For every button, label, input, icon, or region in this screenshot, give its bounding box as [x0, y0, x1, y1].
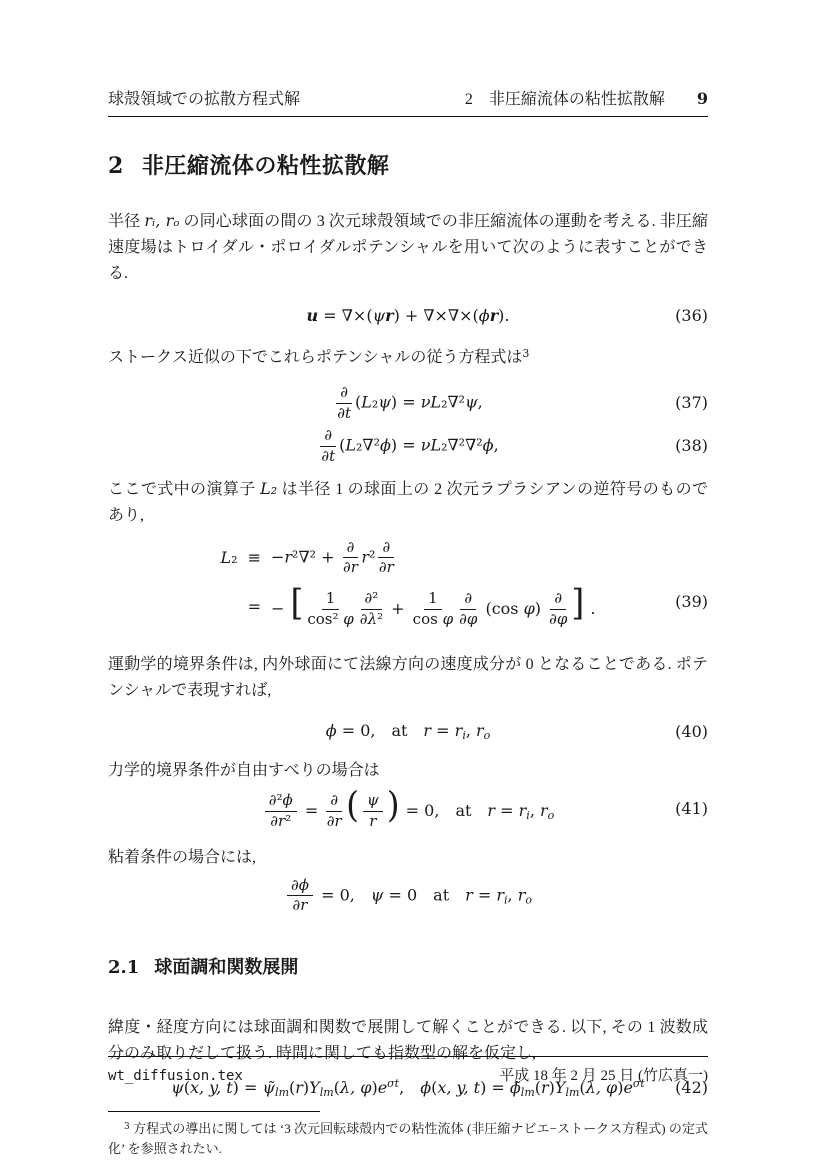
footnote: 3 方程式の導出に関しては ‘3 次元回転球殻内での粘性流体 (非圧縮ナビエ−ス…: [108, 1117, 708, 1159]
paragraph-1-text-cont: の同心球面の間の 3 次元球殻領域での非圧縮流体の運動を考える. 非圧縮速度場は…: [108, 213, 708, 282]
equation-41: ∂²ϕ∂r² = ∂∂r(ψr) = 0,atr = ri, ro (41): [108, 786, 708, 832]
equation-38: ∂∂t(L₂∇²ϕ) = νL₂∇²∇²ϕ, (38): [108, 426, 708, 466]
equation-noslip: ∂ϕ∂r = 0,ψ = 0atr = ri, ro: [108, 875, 708, 917]
subsection-title: 球面調和関数展開: [154, 957, 298, 977]
footnote-separator: [108, 1111, 320, 1112]
equation-39-number: (39): [675, 592, 708, 611]
paragraph-2: ストークス近似の下でこれらポテンシャルの従う方程式は3: [108, 341, 708, 371]
footer-date: 平成 18 年 2 月 25 日 (竹広真一): [499, 1064, 708, 1085]
equation-41-number: (41): [675, 799, 708, 818]
section-title: 非圧縮流体の粘性拡散解: [142, 153, 390, 178]
paragraph-1-text: 半径: [108, 213, 144, 230]
equation-40-body: ϕ = 0,atr = ri, ro: [326, 721, 491, 742]
section-heading: 2非圧縮流体の粘性拡散解: [108, 149, 708, 180]
footnote-text: 方程式の導出に関しては ‘3 次元回転球殻内での粘性流体 (非圧縮ナビエ−ストー…: [108, 1121, 708, 1156]
page-header: 球殻領域での拡散方程式解 2 非圧縮流体の粘性拡散解 9: [108, 86, 708, 117]
paragraph-3-text: ここで式中の演算子: [108, 481, 260, 498]
equation-38-number: (38): [675, 436, 708, 455]
equation-41-body: ∂²ϕ∂r² = ∂∂r(ψr) = 0,atr = ri, ro: [262, 788, 555, 830]
equation-40: ϕ = 0,atr = ri, ro (40): [108, 720, 708, 744]
text-block: 球殻領域での拡散方程式解 2 非圧縮流体の粘性拡散解 9 2非圧縮流体の粘性拡散…: [108, 0, 708, 1169]
footnote-marker-ref: 3: [522, 347, 529, 360]
equation-37-number: (37): [675, 393, 708, 412]
equation-37-body: ∂∂t(L₂ψ) = νL₂∇²ψ,: [333, 384, 482, 422]
header-page-number: 9: [697, 89, 708, 108]
equation-40-number: (40): [675, 722, 708, 741]
paragraph-5: 力学的境界条件が自由すべりの場合は: [108, 758, 708, 784]
footnote-marker: 3: [124, 1122, 130, 1132]
equation-36-body: u = ∇×(ψr) + ∇×∇×(ϕr).: [307, 306, 510, 325]
equation-noslip-body: ∂ϕ∂r = 0,ψ = 0atr = ri, ro: [284, 877, 532, 915]
header-section-ref: 2 非圧縮流体の粘性拡散解: [465, 86, 665, 109]
equation-39-rel1: ≡: [248, 548, 261, 567]
equation-39: L₂ ≡ −r²∇² + ∂∂rr²∂∂r = − [1cos² φ∂²∂λ² …: [108, 539, 708, 628]
inline-math-radii: rᵢ, rₒ: [144, 211, 179, 230]
paragraph-4: 運動学的境界条件は, 内外球面にて法線方向の速度成分が 0 となることである. …: [108, 652, 708, 704]
equation-39-rel2: =: [248, 597, 261, 616]
equation-39-grid: L₂ ≡ −r²∇² + ∂∂rr²∂∂r = − [1cos² φ∂²∂λ² …: [108, 539, 708, 628]
paragraph-1: 半径 rᵢ, rₒ の同心球面の間の 3 次元球殻領域での非圧縮流体の運動を考え…: [108, 208, 708, 287]
equation-36: u = ∇×(ψr) + ∇×∇×(ϕr). (36): [108, 303, 708, 329]
subsection-number: 2.1: [108, 957, 139, 978]
header-running-title: 球殻領域での拡散方程式解: [108, 86, 300, 109]
paragraph-2-text: ストークス近似の下でこれらポテンシャルの従う方程式は: [108, 349, 522, 366]
paragraph-3: ここで式中の演算子 L₂ は半径 1 の球面上の 2 次元ラプラシアンの逆符号の…: [108, 476, 708, 529]
equation-37: ∂∂t(L₂ψ) = νL₂∇²ψ, (37): [108, 383, 708, 423]
subsection-heading: 2.1球面調和関数展開: [108, 953, 708, 979]
equation-39-lhs: L₂: [221, 548, 238, 567]
equation-38-body: ∂∂t(L₂∇²ϕ) = νL₂∇²∇²ϕ,: [317, 427, 498, 465]
equation-39-rhs2: − [1cos² φ∂²∂λ² + 1cos φ∂∂φ (cos φ) ∂∂φ]…: [271, 586, 595, 628]
paragraph-6: 粘着条件の場合には,: [108, 845, 708, 871]
equation-39-rhs1: −r²∇² + ∂∂rr²∂∂r: [271, 539, 397, 577]
page-footer: wt_diffusion.tex 平成 18 年 2 月 25 日 (竹広真一): [108, 1056, 708, 1085]
document-page: 球殻領域での拡散方程式解 2 非圧縮流体の粘性拡散解 9 2非圧縮流体の粘性拡散…: [0, 0, 826, 1169]
footer-filename: wt_diffusion.tex: [108, 1068, 243, 1084]
inline-math-L2: L₂: [260, 479, 277, 498]
section-number: 2: [108, 153, 124, 179]
equation-36-number: (36): [675, 306, 708, 325]
